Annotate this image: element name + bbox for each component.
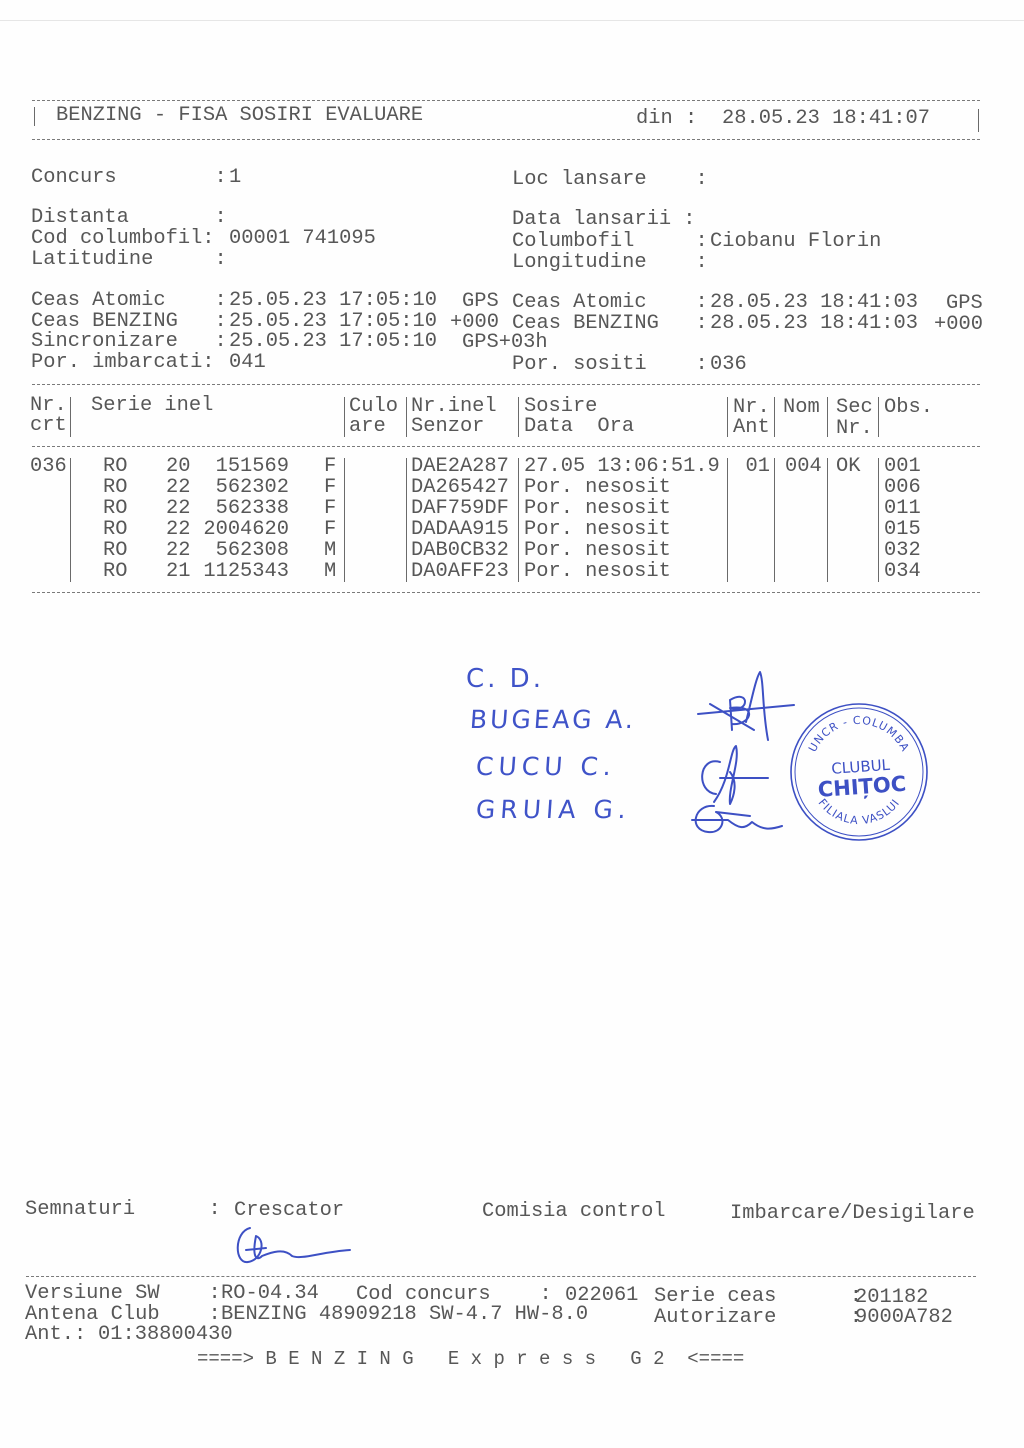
committee-member-1: BUGEAG A. (469, 705, 637, 734)
divider (32, 384, 980, 385)
arrival-time: Por. nesosit (524, 541, 671, 561)
benzing-banner: ====> B E N Z I N G E x p r e s s G 2 <=… (197, 1349, 744, 1369)
column-separator (70, 458, 71, 582)
column-separator (774, 397, 775, 437)
imbarcati-label: Por. imbarcati: (31, 353, 215, 373)
sec-status: OK (836, 457, 860, 477)
sensor-ring: DAB0CB32 (411, 541, 509, 561)
ring-country: RO (103, 541, 127, 561)
start-ceas-atomic-label: Ceas Atomic : (31, 291, 227, 311)
divider (26, 1276, 976, 1277)
scanned-page: BENZING - FISA SOSIRI EVALUARE din : 28.… (0, 0, 1024, 1448)
signature-comisia-label: Comisia control (482, 1202, 666, 1222)
start-ceas-atomic-suffix: GPS (462, 292, 499, 312)
divider (32, 592, 980, 593)
nom-value: 004 (785, 457, 822, 477)
date-label: din : (636, 109, 697, 129)
cod-columbofil-label: Cod columbofil: (31, 229, 215, 249)
imbarcati-value: 041 (229, 353, 266, 373)
column-separator (727, 397, 728, 437)
ring-number: 562302 (216, 478, 289, 498)
ring-country: RO (103, 478, 127, 498)
th-nom: Nom (783, 398, 820, 418)
sensor-ring: DADAA915 (411, 520, 509, 540)
arrival-time: 27.05 13:06:51.9 (524, 457, 720, 477)
sincronizare-label: Sincronizare : (31, 332, 227, 352)
arrival-time: Por. nesosit (524, 478, 671, 498)
signature-gruia (688, 800, 788, 840)
loc-lansare-label: Loc lansare : (512, 170, 708, 190)
start-ceas-benzing-label: Ceas BENZING : (31, 312, 227, 332)
ring-year: 22 (166, 478, 190, 498)
committee-member-3: GRUIA G. (475, 795, 632, 824)
th-obs: Obs. (884, 398, 933, 418)
pigeon-sex: F (324, 457, 336, 477)
sincronizare-value: 25.05.23 17:05:10 (229, 332, 437, 352)
serie-ceas-value: 201182 (855, 1288, 928, 1308)
concurs-value: 1 (229, 168, 241, 188)
divider (32, 446, 980, 447)
versiune-value: RO-04.34 (221, 1284, 319, 1304)
ring-number: 151569 (216, 457, 289, 477)
signature-crescator (232, 1222, 362, 1272)
ring-country: RO (103, 457, 127, 477)
ant-value: 01:38800430 (98, 1325, 233, 1345)
data-lansarii-label: Data lansarii : (512, 210, 696, 230)
ring-year: 22 (166, 541, 190, 561)
th-sec-1: Sec (836, 398, 873, 418)
autorizare-label: Autorizare : (654, 1308, 862, 1328)
end-ceas-atomic-suffix: GPS (946, 294, 983, 314)
committee-member-2: CUCU C. (475, 752, 617, 781)
column-separator (878, 458, 879, 582)
th-nr-ant-1: Nr. (733, 398, 770, 418)
autorizare-value: 9000A782 (855, 1308, 953, 1328)
sensor-ring: DAE2A287 (411, 457, 509, 477)
scan-edge (0, 20, 1024, 21)
ring-number: 2004620 (203, 520, 289, 540)
obs-value: 015 (884, 520, 921, 540)
pigeon-sex: F (324, 499, 336, 519)
column-separator (344, 397, 345, 437)
th-nr-inel-2: Senzor (411, 417, 484, 437)
obs-value: 034 (884, 562, 921, 582)
signature-imbarcare-label: Imbarcare/Desigilare (730, 1204, 975, 1224)
club-stamp: UNCR - COLUMBA FILIALA VASLUI CLUBUL CHI… (789, 702, 929, 842)
column-separator (727, 458, 728, 582)
cod-columbofil-value: 00001 741095 (229, 229, 376, 249)
end-ceas-benzing-suffix: +000 (934, 315, 983, 335)
th-sec-2: Nr. (836, 419, 873, 439)
th-sosire-2: Data Ora (524, 417, 634, 437)
start-ceas-benzing-suffix: +000 (450, 313, 499, 333)
column-separator (774, 458, 775, 582)
th-nr-inel-1: Nr.inel (411, 397, 497, 417)
th-culoare-1: Culo (349, 397, 398, 417)
th-serie-inel: Serie inel (91, 396, 213, 416)
column-separator (878, 397, 879, 437)
obs-value: 006 (884, 478, 921, 498)
pigeon-sex: M (324, 562, 336, 582)
border-right (978, 109, 979, 132)
obs-value: 011 (884, 499, 921, 519)
sositi-value: 036 (710, 355, 747, 375)
column-separator (70, 397, 71, 437)
column-separator (827, 397, 828, 437)
ring-year: 22 (166, 520, 190, 540)
divider (32, 100, 980, 101)
signatures-label: Semnaturi : (25, 1200, 221, 1220)
committee-title: C. D. (466, 664, 544, 694)
end-ceas-atomic-value: 28.05.23 18:41:03 (710, 293, 918, 313)
signature-crescator-label: Crescator (234, 1201, 344, 1221)
ring-number: 1125343 (203, 562, 289, 582)
end-ceas-atomic-label: Ceas Atomic : (512, 293, 708, 313)
print-date: 28.05.23 18:41:07 (722, 109, 930, 129)
obs-value: 001 (884, 457, 921, 477)
sensor-ring: DA265427 (411, 478, 509, 498)
th-sosire-1: Sosire (524, 397, 597, 417)
nr-crt-value: 036 (30, 457, 67, 477)
distanta-label: Distanta : (31, 208, 227, 228)
columbofil-value: Ciobanu Florin (710, 232, 881, 252)
versiune-label: Versiune SW : (25, 1284, 221, 1304)
arrival-time: Por. nesosit (524, 520, 671, 540)
border-left (34, 107, 35, 126)
ring-year: 22 (166, 499, 190, 519)
arrival-time: Por. nesosit (524, 562, 671, 582)
start-ceas-benzing-value: 25.05.23 17:05:10 (229, 312, 437, 332)
obs-value: 032 (884, 541, 921, 561)
th-nr-crt-1: Nr. (30, 396, 67, 416)
pigeon-sex: F (324, 478, 336, 498)
sensor-ring: DAF759DF (411, 499, 509, 519)
column-separator (406, 397, 407, 437)
latitudine-label: Latitudine : (31, 250, 227, 270)
document-title: BENZING - FISA SOSIRI EVALUARE (56, 106, 423, 126)
column-separator (827, 458, 828, 582)
pigeon-sex: F (324, 520, 336, 540)
antena-label: Antena Club : (25, 1305, 221, 1325)
end-ceas-benzing-value: 28.05.23 18:41:03 (710, 314, 918, 334)
ring-country: RO (103, 499, 127, 519)
pigeon-sex: M (324, 541, 336, 561)
ring-number: 562308 (216, 541, 289, 561)
antena-value: BENZING 48909218 SW-4.7 HW-8.0 (221, 1305, 588, 1325)
column-separator (518, 458, 519, 582)
divider (32, 139, 980, 140)
serie-ceas-label: Serie ceas : (654, 1287, 862, 1307)
column-separator (518, 397, 519, 437)
sositi-label: Por. sositi : (512, 355, 708, 375)
ring-year: 21 (166, 562, 190, 582)
ring-number: 562338 (216, 499, 289, 519)
sensor-ring: DA0AFF23 (411, 562, 509, 582)
column-separator (344, 458, 345, 582)
concurs-label: Concurs : (31, 168, 227, 188)
column-separator (406, 458, 407, 582)
longitudine-label: Longitudine : (512, 253, 708, 273)
start-ceas-atomic-value: 25.05.23 17:05:10 (229, 291, 437, 311)
ring-year: 20 (166, 457, 190, 477)
ring-country: RO (103, 562, 127, 582)
sincronizare-suffix: GPS+03h (462, 333, 548, 353)
th-nr-ant-2: Ant (733, 418, 770, 438)
ant-label: Ant.: (25, 1325, 86, 1345)
arrival-time: Por. nesosit (524, 499, 671, 519)
cod-concurs-label: Cod concurs : (356, 1285, 552, 1305)
columbofil-label: Columbofil : (512, 232, 708, 252)
antenna-number: 01 (746, 457, 770, 477)
th-culoare-2: are (349, 417, 386, 437)
th-nr-crt-2: crt (30, 416, 67, 436)
ring-country: RO (103, 520, 127, 540)
